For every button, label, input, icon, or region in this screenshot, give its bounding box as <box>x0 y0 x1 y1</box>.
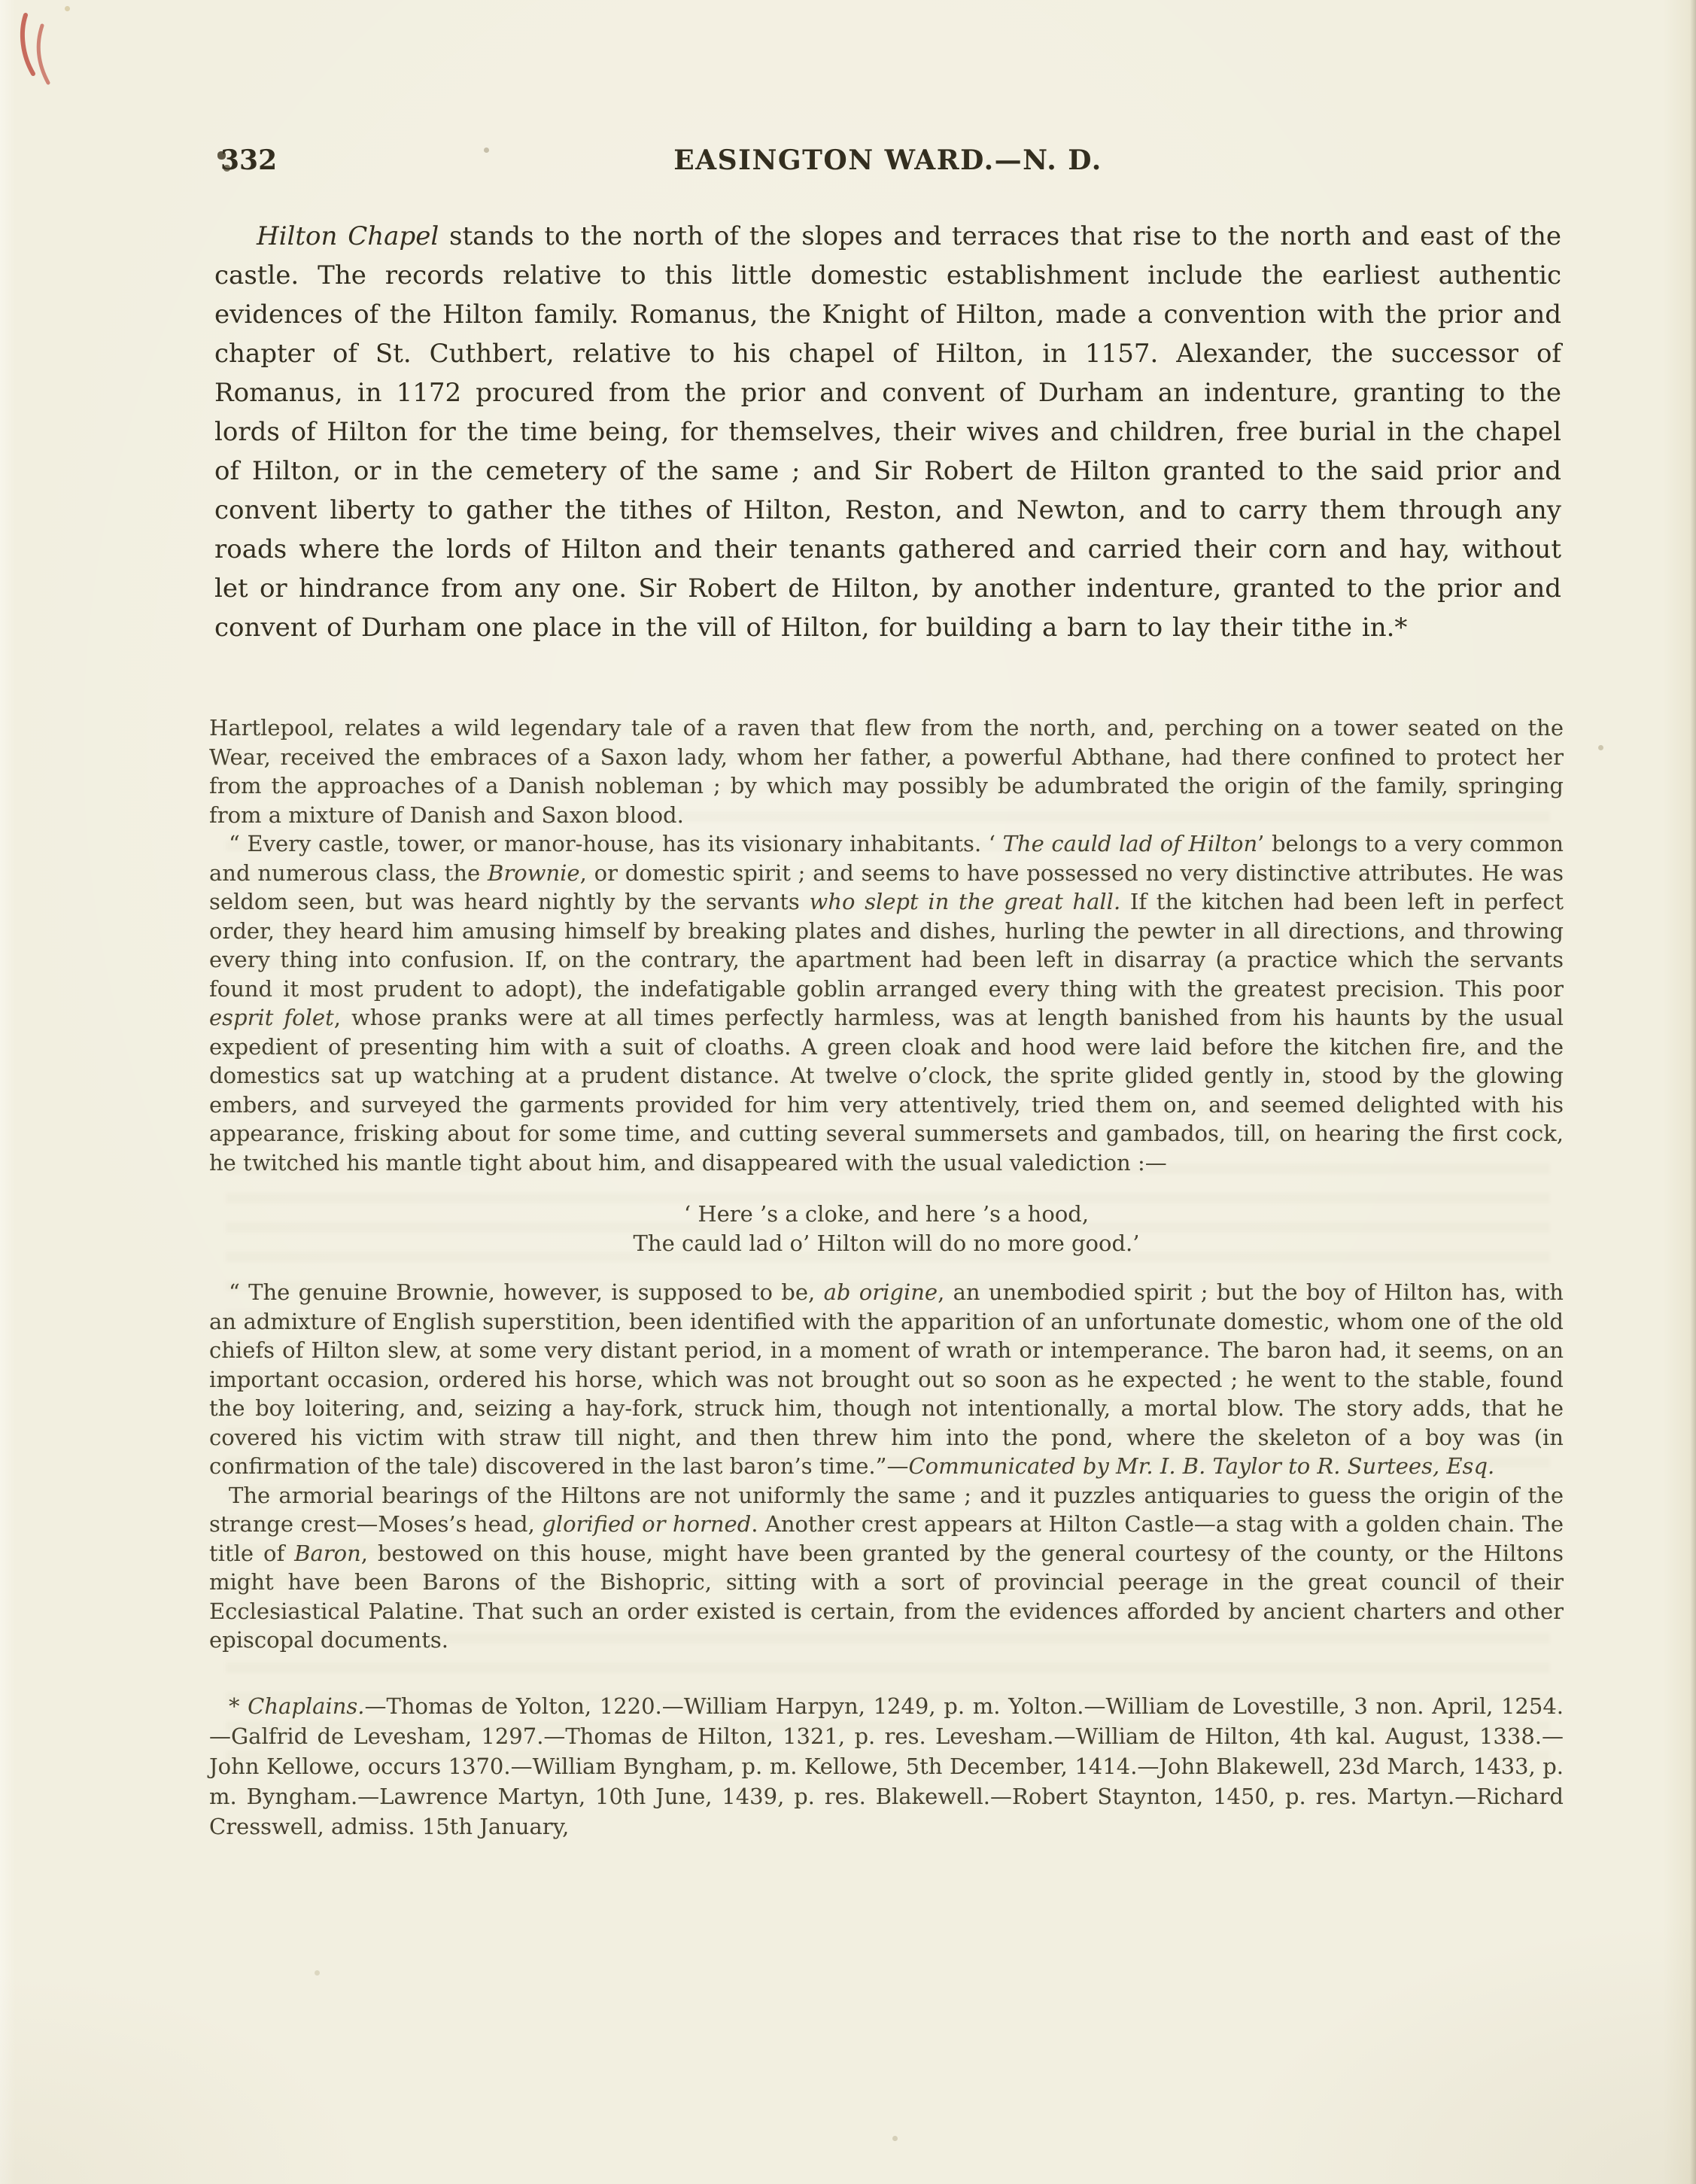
red-pen-marks-icon <box>6 5 96 125</box>
book-page-scan: 332 EASINGTON WARD.—N. D. Hilton Chapel … <box>0 0 1696 2184</box>
footnote-chaplains: * Chaplains.—Thomas de Yolton, 1220.—Wil… <box>209 1691 1564 1842</box>
paragraph-genuine-brownie: “ The genuine Brownie, however, is suppo… <box>209 1278 1564 1481</box>
paragraph-every-castle: “ Every castle, tower, or manor-house, h… <box>209 829 1564 1177</box>
main-paragraph-hilton-chapel: Hilton Chapel stands to the north of the… <box>214 217 1561 647</box>
page-number: 332 <box>220 144 277 176</box>
verse-couplet: ‘ Here ’s a cloke, and here ’s a hood, T… <box>209 1200 1564 1258</box>
running-head: 332 EASINGTON WARD.—N. D. <box>214 144 1561 182</box>
small-text-block: Hartlepool, relates a wild legendary tal… <box>209 713 1564 1842</box>
paper-specks <box>0 0 2 2</box>
verse-line-1: ‘ Here ’s a cloke, and here ’s a hood, <box>209 1200 1564 1229</box>
paragraph-hartlepool-legend: Hartlepool, relates a wild legendary tal… <box>209 713 1564 829</box>
verse-line-2: The cauld lad o’ Hilton will do no more … <box>209 1229 1564 1258</box>
running-title: EASINGTON WARD.—N. D. <box>214 144 1561 176</box>
paragraph-armorial-bearings: The armorial bearings of the Hiltons are… <box>209 1481 1564 1655</box>
